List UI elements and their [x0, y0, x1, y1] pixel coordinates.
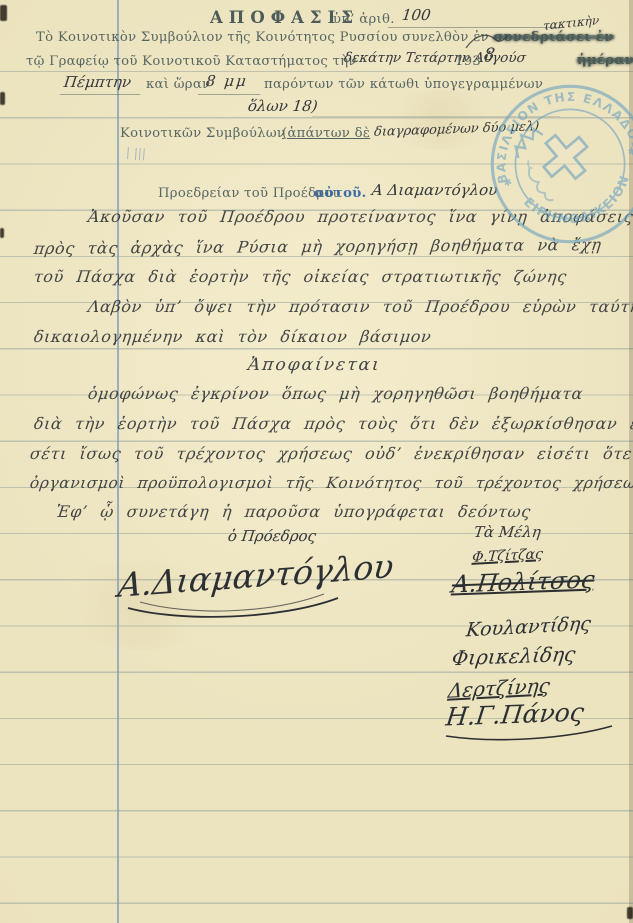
body-line: σέτι ἴσως τοῦ τρέχοντος χρήσεως οὐδ’ ἐνε… [29, 444, 633, 463]
decision-number-label: ὑπ’ ἀριθ. [333, 12, 395, 27]
header-line4-tail: παρόντων τῶν κάτωθι ὑπογεγραμμένων [264, 77, 543, 92]
decision-number-value: 100 [401, 6, 432, 24]
member-signature: Η.Γ.Πάνος [444, 698, 585, 732]
stamp-arc-bottom-text: ΕΙΡΗΝΟΔΙΚΕΙΟΝ [519, 169, 633, 238]
body-line: Λαβὸν ὑπ’ ὄψει τὴν πρότασιν τοῦ Προέδρου… [87, 297, 633, 316]
header-line7-emphasis: αὐτοῦ. [314, 186, 367, 201]
header-line4-mid: καὶ ὥραν [146, 77, 210, 92]
member-signature: Κουλαντίδης [465, 613, 592, 642]
scanned-decision-document: ΑΠΟΦΑΣΙΣ ὑπ’ ἀριθ. 100 Τὸ Κοινοτικὸν Συμ… [0, 0, 633, 923]
president-signature: Α.Διαμαντόγλου [116, 546, 395, 605]
members-label: Τὰ Μέλη [473, 523, 542, 541]
scan-edge-mark [0, 92, 5, 105]
svg-text:ΕΙΡΗΝΟΔΙΚΕΙΟΝ: ΕΙΡΗΝΟΔΙΚΕΙΟΝ [519, 169, 633, 238]
body-line: Ἀκοῦσαν τοῦ Προέδρου προτείναντος ἵνα γί… [87, 207, 633, 226]
body-line: ὀργανισμοὶ προϋπολογισμοὶ τῆς Κοινότητος… [29, 474, 633, 492]
body-line: ὁμοφώνως ἐγκρίνον ὅπως μὴ χορηγηθῶσι βοη… [87, 384, 584, 403]
body-line: πρὸς τὰς ἀρχὰς ἵνα Ρύσια μὴ χορηγήσῃ βοη… [33, 235, 603, 258]
president-label: ὁ Πρόεδρος [227, 527, 317, 545]
time-handwritten: 8 μμ [205, 72, 249, 90]
year-printed: 193 [455, 54, 481, 69]
member-signature: Φ.Τζίτζας [471, 546, 543, 566]
count-handwritten: ὅλων 18) [247, 97, 319, 115]
date-handwritten: δεκάτην Τετάρτην Αὐγούσ [343, 50, 527, 66]
decision-word: Ἀποφαίνεται [247, 355, 382, 375]
time-blank-line [198, 94, 260, 95]
member-signature: Α.Πολίτσος [450, 565, 596, 598]
header-line3: τῷ Γραφείῳ τοῦ Κοινοτικοῦ Καταστήματος τ… [26, 54, 357, 69]
header-line2-struck: συνεδριάσει ἐν [493, 30, 613, 45]
body-line: διὰ τὴν ἑορτὴν τοῦ Πάσχα πρὸς τοὺς ὅτι δ… [33, 414, 633, 433]
header-line6-handwritten: διαγραφομένων δύο μελ) [373, 119, 539, 140]
weekday-handwritten: Πέμπτην [63, 73, 132, 91]
count-blank-line [312, 116, 560, 117]
year-handwritten: 8 [483, 45, 496, 65]
scan-edge-mark [0, 5, 7, 21]
number-blank-line [388, 27, 562, 28]
body-line: τοῦ Πάσχα διὰ ἑορτὴν τῆς οἰκείας στρατιω… [33, 267, 568, 286]
ink-smudge: | ||| [126, 145, 147, 160]
body-line: δικαιολογημένην καὶ τὸν δίκαιον βάσιμον [33, 327, 433, 346]
body-line: Ἐφ’ ᾧ συνετάγη ἡ παροῦσα ὑπογράφεται δεό… [55, 502, 532, 521]
header-line6-paren: (ἁπάντων δὲ [282, 126, 370, 141]
president-name-handwritten: Α Διαμαντόγλου [371, 181, 499, 199]
paper-stain [380, 90, 500, 150]
header-line2: Τὸ Κοινοτικὸν Συμβούλιον τῆς Κοινότητος … [36, 30, 614, 45]
scan-edge-mark [0, 228, 4, 238]
header-line6: Κοινοτικῶν Συμβούλων [120, 126, 285, 141]
header-line3-day-label: ἡμέραν [577, 53, 633, 68]
header-line2-text: Τὸ Κοινοτικὸν Συμβούλιον τῆς Κοινότητος … [36, 30, 489, 45]
stamp-star-left-icon: ✱ [502, 176, 513, 190]
scan-edge-mark [627, 907, 633, 919]
weekday-blank-line [60, 94, 140, 95]
member-signature: Φιρικελίδης [451, 642, 577, 670]
